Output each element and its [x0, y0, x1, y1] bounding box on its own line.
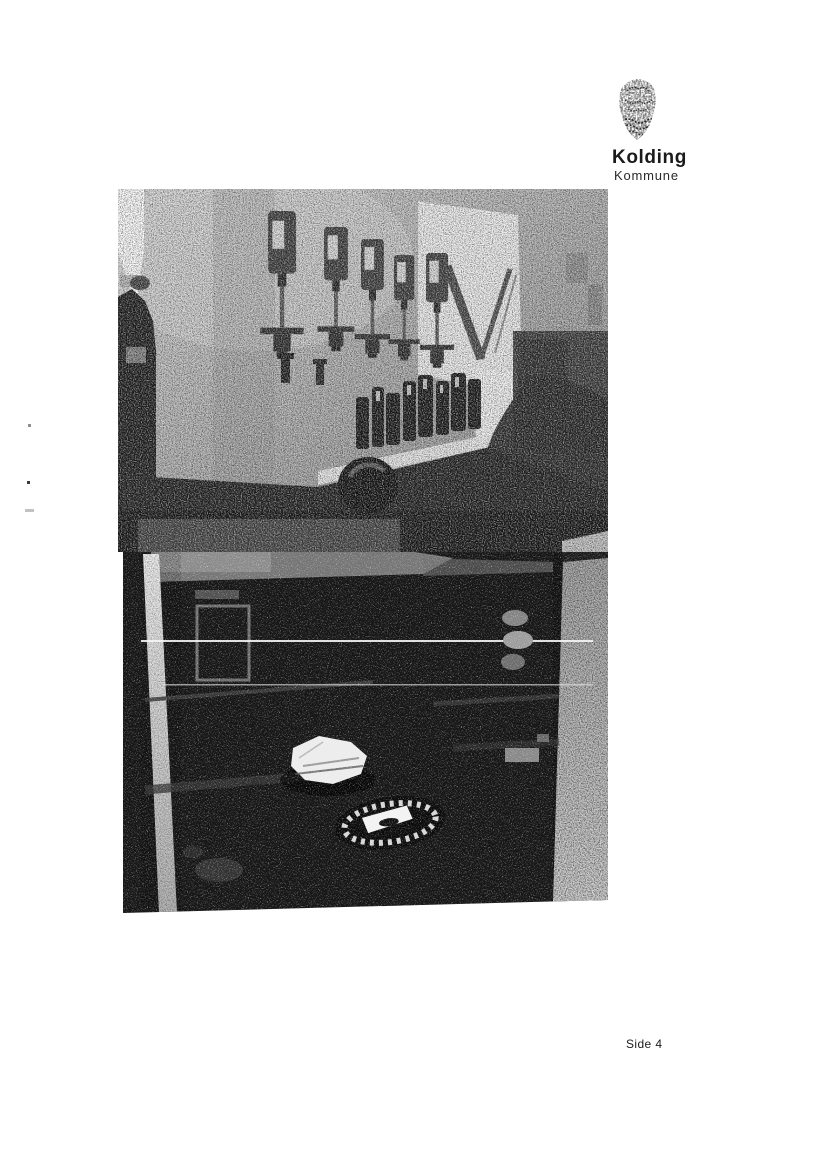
- logo-subtitle: Kommune: [614, 169, 732, 183]
- photo-dark-room-with-game-wheel: [123, 552, 608, 913]
- page-number: Side 4: [626, 1037, 662, 1051]
- kolding-coat-of-arms-icon: [614, 78, 662, 142]
- logo-title: Kolding: [612, 148, 732, 168]
- photo-bar-with-bottle-dispensers: [118, 189, 608, 552]
- scan-speck: [28, 424, 31, 427]
- scanned-document-page: Kolding Kommune: [0, 0, 825, 1168]
- scan-speck: [25, 509, 34, 512]
- kolding-kommune-logo: Kolding Kommune: [612, 78, 732, 183]
- scan-speck: [27, 481, 30, 484]
